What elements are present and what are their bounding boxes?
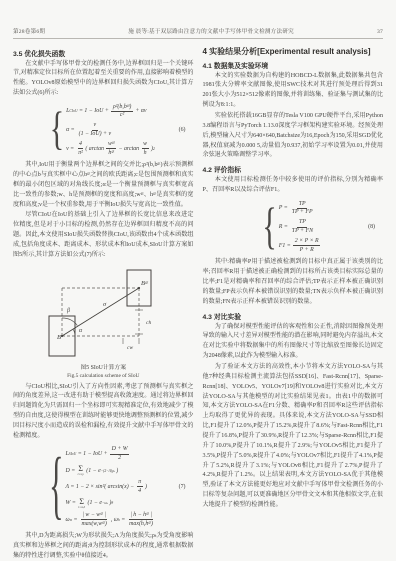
formula-line: LCIoU = 1 − IoU + ρ²(b,bᵍᵗ)c² + αν xyxy=(66,104,146,120)
formula-6-lines: LCIoU = 1 − IoU + ρ²(b,bᵍᵗ)c² + ανα = ν(… xyxy=(66,102,155,158)
cw-label: cw xyxy=(127,345,133,351)
formula-line: Λ = 1 − 2 × sin²( arcsin(x) − π4 ) xyxy=(65,479,147,495)
column-left: 3.5 优化损失函数 在文献中手写体甲骨文的检测任务中,边界框回归是一个关键环节… xyxy=(13,45,194,561)
section-heading-4-3: 4.3 对比实验 xyxy=(203,311,384,321)
formula-line: LSIoU = 1 − IoU + D + W2 xyxy=(65,446,130,462)
two-column-body: 3.5 优化损失函数 在文献中手写体甲骨文的检测任务中,边界框回归是一个关键环节… xyxy=(13,45,383,561)
gt-box-label: Bᵍᵗ xyxy=(141,280,149,287)
section-heading-3-5: 3.5 优化损失函数 xyxy=(13,48,194,58)
paragraph-ciou-terms: 其中,IoU用于衡量两个边界框之间的交并比;ρ²(b,bᵍᵗ)表示预测框的中心点… xyxy=(13,161,194,210)
running-header: 第28卷第6期 施 晨等:基于双层路由注意力的文献中手写体甲骨文检测方法研究 3… xyxy=(13,27,383,39)
formula-line: P = TPTP + FP xyxy=(279,201,315,217)
paragraph-dataset: 本文的实验数据为自构建的HOBCD-L数据集,此数据集共包含1981张大分辨率文… xyxy=(203,72,384,111)
paragraph-siou-benefit: 与CIoU相比,SIoU引入了方向性因素,考虑了预测框与真实框之间的角度差异,这… xyxy=(13,383,194,442)
page-number: 37 xyxy=(377,29,383,35)
volume-issue: 第28卷第6期 xyxy=(13,27,45,35)
predicted-box-center-dot xyxy=(61,335,63,337)
beta-label: β xyxy=(66,308,70,314)
equation-number-8: (8) xyxy=(368,224,375,230)
ground-truth-center-dot xyxy=(138,287,140,289)
formula-brace: { xyxy=(50,107,64,154)
formula-brace: { xyxy=(262,202,276,253)
paragraph-environment: 实验依托搭载16GB显存的Tesla V100 GPU硬件平台,采用Python… xyxy=(203,112,384,161)
formula-7-lines: LSIoU = 1 − IoU + D + W2D = Σt=x,y (1 − … xyxy=(65,445,155,529)
equation-number-6: (6) xyxy=(179,127,186,133)
figure-5-caption-zh: 图5 SIoU计算方案 xyxy=(13,364,194,373)
section-heading-4-1: 4.1 数据集及实验环境 xyxy=(203,60,384,70)
formula-6-ciou: { LCIoU = 1 − IoU + ρ²(b,bᵍᵗ)c² + ανα = … xyxy=(19,102,186,158)
formula-line: ν = 4π²( arctan wᵍᵗhᵍᵗ − arctan wh )2 xyxy=(66,141,155,157)
formula-8-lines: P = TPTP + FPR = TPTP + FNF1 = 2 × P × R… xyxy=(279,199,321,255)
formula-line: ωw = | w − wᵍᵗ |max(w,wᵍᵗ) , ωh = | h − … xyxy=(65,512,155,528)
formula-line: W = Σt=w,h (1 − e−ωₜ )θ xyxy=(65,498,113,509)
paragraph-metrics-intro: 本文使用目标检测任务中较多使用的评价指标,分别为精确率P、召回率R以及综合评估F… xyxy=(203,176,384,196)
column-right: 4 实验结果分析[Experimental result analysis] 4… xyxy=(203,45,384,561)
formula-line: R = TPTP + FN xyxy=(279,219,316,235)
formula-7-siou: { LSIoU = 1 − IoU + D + W2D = Σt=x,y (1 … xyxy=(19,445,186,529)
sigma-label: σ xyxy=(103,301,107,308)
section-heading-4: 4 实验结果分析[Experimental result analysis] xyxy=(203,46,384,57)
section-heading-4-2: 4.2 评价指标 xyxy=(203,164,384,174)
paragraph-compare-setup: 为了确保对模型性能评估的客观性和公正性,消除因图像预处理导致的输入尺寸差异对模型… xyxy=(203,323,384,362)
paragraph-siou-motivation: 尽管CIoU在IoU的基础上引入了边界框的长宽比信息来改进定位精度,但是对于小目… xyxy=(13,211,194,260)
formula-line: F1 = 2 × P × RP + R xyxy=(279,238,321,254)
alpha-label: α xyxy=(79,328,83,334)
running-title: 施 晨等:基于双层路由注意力的文献中手写体甲骨文检测方法研究 xyxy=(45,27,377,35)
pred-box-label: B xyxy=(57,334,61,341)
paragraph-siou-terms: 其中,D为距离损失;W为形状损失;Λ为角度损失;ρₜ为受角度影响真实框和边界框之… xyxy=(13,532,194,561)
paper-page: 第28卷第6期 施 晨等:基于双层路由注意力的文献中手写体甲骨文检测方法研究 3… xyxy=(0,0,396,561)
formula-line: D = Σt=x,y (1 − e−(2−Λ)ρₜ ) xyxy=(65,465,118,476)
figure-5: B Bᵍᵗ σ β α ch cw 图5 SIoU计算方案 Fig.5 calc… xyxy=(13,264,194,381)
paragraph-loss-intro: 在文献中手写体甲骨文的检测任务中,边界框回归是一个关键环节,对精准定位目标所在位… xyxy=(13,60,194,99)
paragraph-compare-results: 为了验证本文方法的高效性,本小节将本文方法YOLO-SA与其他7种经典目标检测主… xyxy=(203,363,384,511)
ch-label: ch xyxy=(146,320,151,326)
formula-8-metrics: { P = TPTP + FPR = TPTP + FNF1 = 2 × P ×… xyxy=(209,199,376,255)
paragraph-metrics-terms: 其中:精确率P用于描述被检测到的目标中真正属于该类别的比率;召回率R用于描述被正… xyxy=(203,258,384,307)
siou-scheme-diagram: B Bᵍᵗ σ β α ch cw xyxy=(27,264,179,364)
figure-5-caption-en: Fig.5 calculation scheme of SIoU xyxy=(13,372,194,380)
equation-number-7: (7) xyxy=(179,484,186,490)
formula-brace: { xyxy=(49,449,63,526)
formula-line: α = ν(1 − IoU) + ν xyxy=(66,122,114,138)
